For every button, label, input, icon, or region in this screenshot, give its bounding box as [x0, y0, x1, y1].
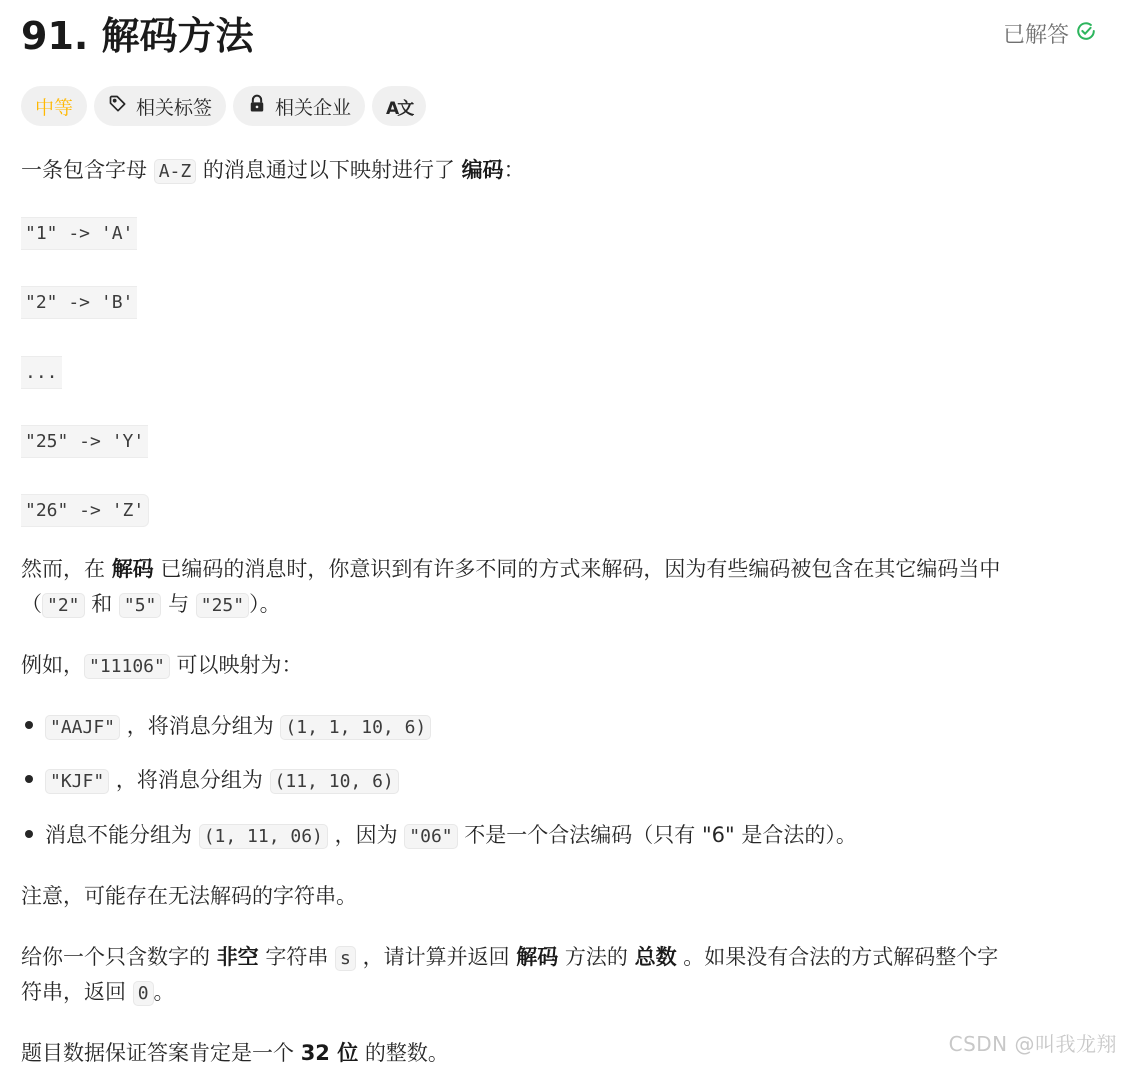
intro-paragraph: 一条包含字母 A-Z 的消息通过以下映射进行了 编码： [21, 153, 525, 189]
difficulty-badge: 中等 [21, 86, 87, 126]
mapping-block: ... [21, 356, 62, 389]
related-companies-label: 相关企业 [275, 93, 351, 120]
bullet-dot [25, 775, 33, 783]
solved-label: 已解答 [1003, 18, 1069, 49]
related-tags-button[interactable]: 相关标签 [94, 86, 226, 126]
mapping-block: "26" -> 'Z' [21, 494, 149, 527]
inline-code: A-Z [154, 159, 197, 184]
difficulty-label: 中等 [35, 93, 73, 120]
translate-icon: A文 [386, 94, 412, 119]
watermark: CSDN @叫我龙翔 [949, 1028, 1117, 1057]
problem-title: 91. 解码方法 [21, 12, 254, 60]
list-item: "AAJF" ，将消息分组为 (1, 1, 10, 6) [21, 709, 431, 745]
bullet-dot [25, 721, 33, 729]
task-paragraph: 给你一个只含数字的 非空 字符串 s ，请计算并返回 解码 方法的 总数 。如果… [21, 940, 998, 976]
example-paragraph: 例如，"11106" 可以映射为： [21, 648, 303, 684]
list-item: 消息不能分组为 (1, 11, 06) ，因为 "06" 不是一个合法编码（只有… [21, 818, 857, 854]
however-paragraph: 然而，在 解码 已编码的消息时，你意识到有许多不同的方式来解码，因为有些编码被包… [21, 552, 1000, 586]
tag-icon [108, 94, 128, 119]
however-paragraph-cont: （"2" 和 "5" 与 "25"）。 [21, 587, 281, 623]
tag-bar: 中等 相关标签 相关企业 A文 [21, 86, 426, 126]
mapping-block: "1" -> 'A' [21, 217, 137, 250]
solved-status: 已解答 [1003, 18, 1097, 49]
lock-icon [247, 94, 267, 119]
note-paragraph: 注意，可能存在无法解码的字符串。 [21, 879, 357, 913]
mapping-block: "25" -> 'Y' [21, 425, 148, 458]
related-tags-label: 相关标签 [136, 93, 212, 120]
list-item: "KJF" ，将消息分组为 (11, 10, 6) [21, 763, 399, 799]
mapping-block: "2" -> 'B' [21, 286, 137, 319]
check-circle-icon [1075, 20, 1097, 48]
task-paragraph-cont: 符串，返回 0。 [21, 975, 175, 1011]
guarantee-paragraph: 题目数据保证答案肯定是一个 32 位 的整数。 [21, 1036, 449, 1065]
related-companies-button[interactable]: 相关企业 [233, 86, 365, 126]
translate-button[interactable]: A文 [372, 86, 426, 126]
bullet-dot [25, 830, 33, 838]
